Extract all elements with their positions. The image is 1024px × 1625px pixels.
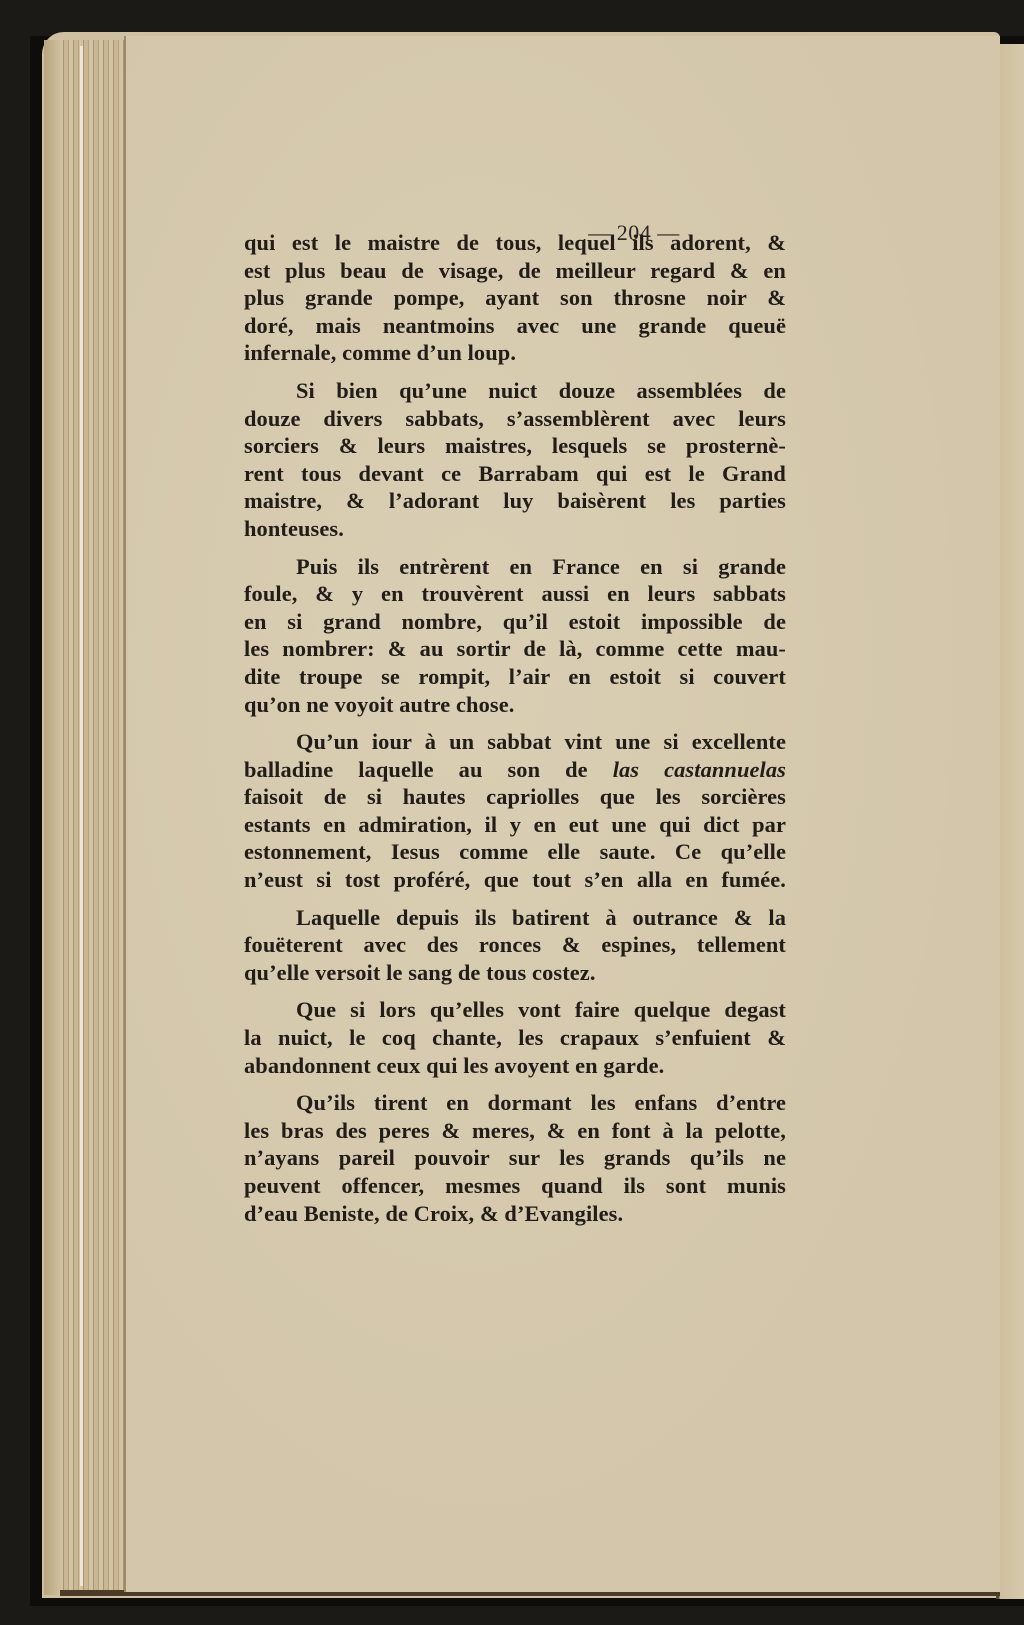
text-line: estants en admiration, il y en eut une q… [244,811,786,839]
text-fragment: balladine laquelle au son de [244,757,613,782]
text-line: plus grande pompe, ayant son throsne noi… [244,284,786,312]
text-line: douze divers sabbats, s’assemblèrent ave… [244,405,786,433]
text-line: fouëterent avec des ronces & espines, te… [244,931,786,959]
white-leaf-edge [80,46,83,1586]
text-line: abandonnent ceux qui les avoyent en gard… [244,1052,786,1080]
text-line: foule, & y en trouvèrent aussi en leurs … [244,580,786,608]
text-line: maistre, & l’adorant luy baisèrent les p… [244,487,786,515]
text-line: les bras des peres & meres, & en font à … [244,1117,786,1145]
text-line: Qu’un iour à un sabbat vint une si excel… [244,728,786,756]
text-line: dite troupe se rompit, l’air en estoit s… [244,663,786,691]
text-line: d’eau Beniste, de Croix, & d’Evangiles. [244,1200,786,1228]
text-line: doré, mais neantmoins avec une grande qu… [244,312,786,340]
facing-page-edge [996,44,1024,1599]
text-line: la nuict, le coq chante, les crapaux s’e… [244,1024,786,1052]
paragraph-4: Qu’un iour à un sabbat vint une si excel… [244,728,786,894]
text-line: Puis ils entrèrent en France en si grand… [244,553,786,581]
text-line: qu’elle versoit le sang de tous costez. [244,959,786,987]
text-line: n’ayans pareil pouvoir sur les grands qu… [244,1144,786,1172]
text-line: rent tous devant ce Barrabam qui est le … [244,460,786,488]
text-line: sorciers & leurs maistres, lesquels se p… [244,432,786,460]
paragraph-2: Si bien qu’une nuict douze assemblées de… [244,377,786,543]
paragraph-3: Puis ils entrèrent en France en si grand… [244,553,786,719]
text-line: Laquelle depuis ils batirent à outrance … [244,904,786,932]
paragraph-6: Que si lors qu’elles vont faire quelque … [244,996,786,1079]
text-line: peuvent offencer, mesmes quand ils sont … [244,1172,786,1200]
text-line: qu’on ne voyoit autre chose. [244,691,786,719]
text-line: les nombrer: & au sortir de là, comme ce… [244,635,786,663]
text-line: faisoit de si hautes capriolles que les … [244,783,786,811]
page-edges [44,40,128,1595]
text-line: balladine laquelle au son de las castann… [244,756,786,784]
page-body-text: qui est le maistre de tous, lequel ils a… [244,229,786,1237]
text-line: honteuses. [244,515,786,543]
text-line: n’eust si tost proféré, que tout s’en al… [244,866,786,894]
text-line: qui est le maistre de tous, lequel ils a… [244,229,786,257]
text-line: est plus beau de visage, de meilleur reg… [244,257,786,285]
text-line: estonnement, Iesus comme elle saute. Ce … [244,838,786,866]
text-line: en si grand nombre, qu’il estoit impossi… [244,608,786,636]
paragraph-7: Qu’ils tirent en dormant les enfans d’en… [244,1089,786,1227]
paragraph-1: qui est le maistre de tous, lequel ils a… [244,229,786,367]
italic-phrase: las castannuelas [613,757,786,782]
text-line: Si bien qu’une nuict douze assemblées de [244,377,786,405]
paragraph-5: Laquelle depuis ils batirent à outrance … [244,904,786,987]
text-line: infernale, comme d’un loup. [244,339,786,367]
text-line: Qu’ils tirent en dormant les enfans d’en… [244,1089,786,1117]
text-line: Que si lors qu’elles vont faire quelque … [244,996,786,1024]
cover-edge [44,40,62,1595]
